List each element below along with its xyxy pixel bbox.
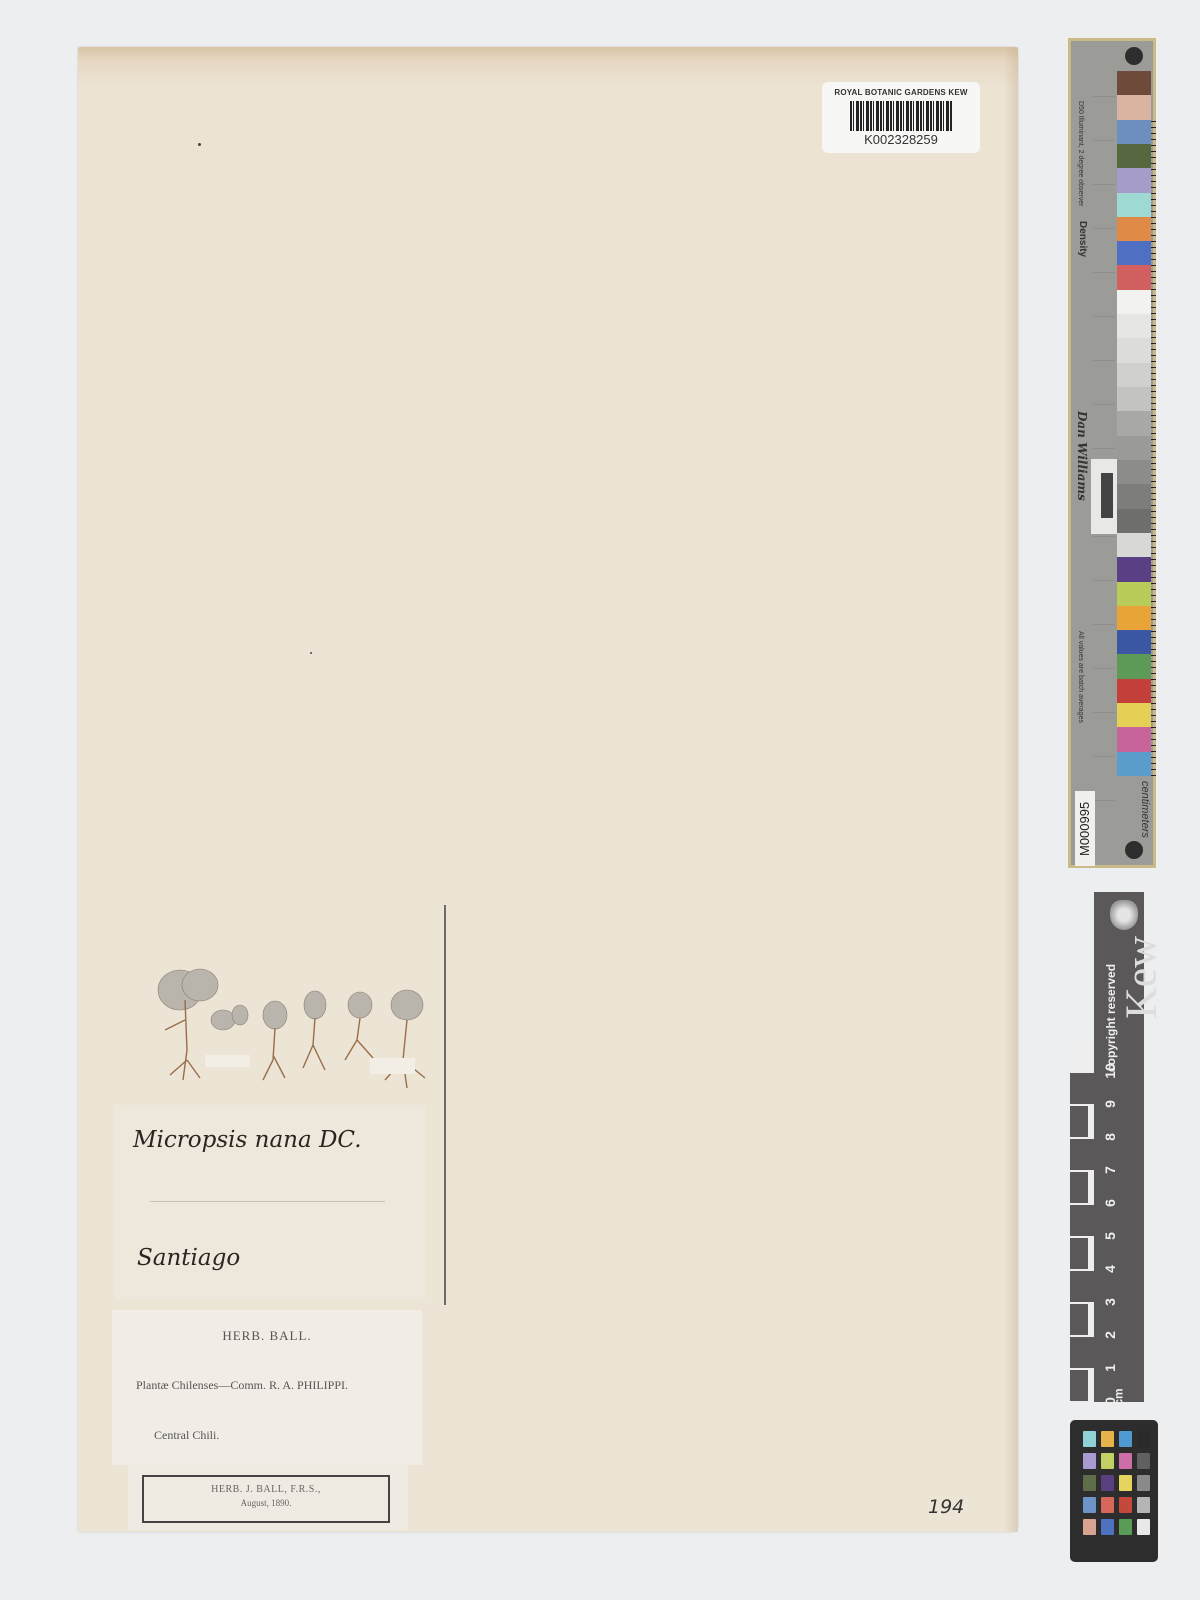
punch-hole-icon: [1125, 47, 1143, 65]
scale-segment: [1070, 1238, 1088, 1269]
color-patch: [1137, 1453, 1150, 1469]
scale-segment: [1088, 1271, 1094, 1302]
color-swatch: [1117, 338, 1151, 363]
herbarium-title: HERB. BALL.: [112, 1328, 422, 1344]
label-rule: [150, 1201, 385, 1202]
speck: [310, 652, 312, 654]
color-swatch: [1117, 557, 1151, 582]
scale-segment: [1088, 1073, 1094, 1104]
stamp-line-2: August, 1890.: [144, 1498, 388, 1508]
color-patch: [1119, 1475, 1132, 1491]
scale-number: 4: [1102, 1259, 1118, 1279]
taxon-name: Micropsis nana DC.: [133, 1127, 362, 1153]
cm-scale: [1070, 1042, 1094, 1402]
punch-hole-icon: [1125, 841, 1143, 859]
scale-segment: [1070, 1370, 1088, 1401]
color-swatch: [1117, 436, 1151, 461]
scale-number: 3: [1102, 1292, 1118, 1312]
color-swatch: [1117, 533, 1151, 558]
color-swatch: [1117, 582, 1151, 607]
scale-segment: [1070, 1073, 1088, 1104]
scale-segment: [1070, 1337, 1088, 1368]
color-swatch: [1117, 630, 1151, 655]
scale-segment: [1070, 1271, 1088, 1302]
plant-specimen-icon: [145, 960, 445, 1100]
herbarium-label: HERB. BALL. Plantæ Chilenses—Comm. R. A.…: [112, 1310, 422, 1465]
locality: Santiago: [137, 1245, 240, 1271]
sheet-number: 194: [928, 1496, 964, 1518]
color-swatch: [1117, 193, 1151, 218]
kew-logo: Kew: [1116, 933, 1167, 1023]
determination-label: Micropsis nana DC. Santiago: [115, 1105, 425, 1300]
scale-number: 10: [1102, 1061, 1118, 1081]
color-swatch: [1117, 120, 1151, 145]
stamp-line-1: HERB. J. BALL, F.R.S.,: [144, 1484, 388, 1495]
scale-number: 5: [1102, 1226, 1118, 1246]
strip-code: M000995: [1075, 791, 1095, 866]
color-swatch: [1117, 217, 1151, 242]
copyright-text: copyright reserved: [1104, 772, 1118, 1072]
color-patch: [1101, 1497, 1114, 1513]
color-swatch: [1117, 484, 1151, 509]
maker-name: Dan Williams: [1075, 411, 1089, 501]
scale-segment: [1070, 1106, 1088, 1137]
color-patch: [1083, 1519, 1096, 1535]
density-label: Density: [1077, 221, 1088, 257]
color-calibration-strip: inches centimeters D50 Illuminant, 2 deg…: [1068, 38, 1156, 868]
region-text: Central Chili.: [154, 1428, 219, 1443]
color-swatch: [1117, 265, 1151, 290]
scale-segment: [1070, 1172, 1088, 1203]
illuminant-note: D50 Illuminant, 2 degree observer: [1077, 101, 1084, 206]
stamp-box: HERB. J. BALL, F.R.S., August, 1890.: [142, 1475, 390, 1523]
scale-number: 8: [1102, 1127, 1118, 1147]
color-patch: [1101, 1475, 1114, 1491]
scale-segment: [1070, 1139, 1088, 1170]
collection-text: Plantæ Chilenses—Comm. R. A. PHILIPPI.: [136, 1378, 348, 1393]
color-patch: [1083, 1431, 1096, 1447]
scale-number: 2: [1102, 1325, 1118, 1345]
kew-scale-bar: Kew copyright reserved cm 012345678910: [1070, 892, 1144, 1402]
scale-number: 6: [1102, 1193, 1118, 1213]
averages-note: All values are batch averages: [1077, 631, 1084, 723]
color-checker-chart: [1070, 1420, 1158, 1562]
color-swatch: [1117, 606, 1151, 631]
color-patch: [1119, 1497, 1132, 1513]
scale-number: 9: [1102, 1094, 1118, 1114]
color-patch: [1083, 1453, 1096, 1469]
color-swatch: [1117, 290, 1151, 315]
color-patch: [1101, 1431, 1114, 1447]
color-patch: [1137, 1497, 1150, 1513]
scale-segment: [1088, 1337, 1094, 1368]
color-swatch: [1117, 703, 1151, 728]
plant-specimens: [145, 960, 445, 1100]
color-swatch: [1117, 387, 1151, 412]
color-patch: [1137, 1475, 1150, 1491]
barcode-icon: [850, 101, 952, 131]
scale-number: 0: [1102, 1391, 1118, 1411]
scale-segment: [1088, 1139, 1094, 1170]
ball-stamp-label: HERB. J. BALL, F.R.S., August, 1890.: [128, 1465, 408, 1530]
color-swatch: [1117, 411, 1151, 436]
color-swatch: [1117, 509, 1151, 534]
color-swatch: [1117, 679, 1151, 704]
color-swatch: [1117, 363, 1151, 388]
color-patch: [1083, 1475, 1096, 1491]
color-swatch: [1117, 752, 1151, 777]
color-swatch: [1117, 727, 1151, 752]
color-swatch: [1117, 314, 1151, 339]
color-patch: [1101, 1453, 1114, 1469]
scale-segment: [1070, 1205, 1088, 1236]
color-swatch: [1117, 71, 1151, 96]
color-patch: [1119, 1431, 1132, 1447]
color-patch: [1119, 1519, 1132, 1535]
scale-segment: [1070, 1304, 1088, 1335]
color-swatch: [1117, 95, 1151, 120]
color-swatch: [1117, 168, 1151, 193]
color-patch: [1137, 1431, 1150, 1447]
scale-number: 7: [1102, 1160, 1118, 1180]
speck: [198, 143, 201, 146]
color-swatch: [1117, 654, 1151, 679]
density-bar: [1101, 473, 1113, 518]
ruler-ticks: [1151, 121, 1156, 781]
color-patch: [1083, 1497, 1096, 1513]
sheet-edge-shadow: [1004, 47, 1018, 1532]
color-patch: [1101, 1519, 1114, 1535]
color-swatch: [1117, 144, 1151, 169]
scale-number: 1: [1102, 1358, 1118, 1378]
units-bottom: centimeters: [1139, 781, 1151, 838]
scale-segment: [1088, 1205, 1094, 1236]
color-swatch: [1117, 241, 1151, 266]
color-swatch: [1117, 460, 1151, 485]
color-patch: [1137, 1519, 1150, 1535]
barcode-label: ROYAL BOTANIC GARDENS KEW K002328259: [822, 82, 980, 153]
barcode-number: K002328259: [822, 132, 980, 147]
color-patch: [1119, 1453, 1132, 1469]
institution-name: ROYAL BOTANIC GARDENS KEW: [822, 88, 980, 97]
